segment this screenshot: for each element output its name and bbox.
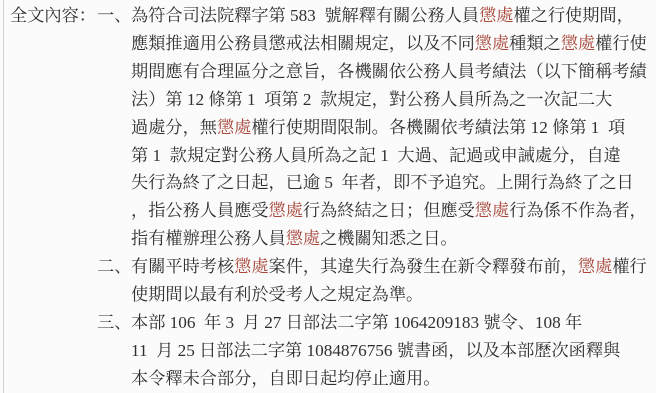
text-segment: 有關平時考核 xyxy=(131,257,234,276)
highlighted-term: 懲處 xyxy=(475,34,509,53)
numbered-list: 一、為符合司法院釋字第 583 號解釋有關公務人員懲處權之行使期間，應類推適用公… xyxy=(97,2,652,393)
text-line: 失行為終了之日起，已逾 5 年者，即不予追究。上開行為終了之日 xyxy=(131,169,652,197)
text-segment: 行為係不作為者， xyxy=(509,201,647,220)
text-line: 有關平時考核懲處案件，其違失行為發生在新令釋發布前，懲處權行 xyxy=(131,253,652,281)
highlighted-term: 懲處 xyxy=(479,6,513,25)
highlighted-term: 懲處 xyxy=(561,34,595,53)
text-segment: 失行為終了之日起，已逾 5 年者，即不予追究。上開行為終了之日 xyxy=(131,173,634,192)
text-segment: 法）第 12 條第 1 項第 2 款規定，對公務人員所為之一次記二大 xyxy=(131,90,612,109)
text-segment: 過處分，無 xyxy=(131,118,217,137)
highlighted-term: 懲處 xyxy=(286,229,320,248)
text-line: 本令釋未合部分，自即日起均停止適用。 xyxy=(131,365,652,393)
text-segment: 本令釋未合部分，自即日起均停止適用。 xyxy=(131,369,440,388)
highlighted-term: 懲處 xyxy=(475,201,509,220)
text-segment: 權行 xyxy=(612,257,646,276)
document-page: 全文內容： 一、為符合司法院釋字第 583 號解釋有關公務人員懲處權之行使期間，… xyxy=(0,0,656,393)
text-segment: 案件，其違失行為發生在新令釋發布前， xyxy=(269,257,578,276)
document-content: 全文內容： 一、為符合司法院釋字第 583 號解釋有關公務人員懲處權之行使期間，… xyxy=(0,0,656,393)
text-segment: 本部 106 年 3 月 27 日部法二字第 1064209183 號令、108… xyxy=(131,313,582,332)
text-line: 本部 106 年 3 月 27 日部法二字第 1064209183 號令、108… xyxy=(131,309,652,337)
list-item-lines: 本部 106 年 3 月 27 日部法二字第 1064209183 號令、108… xyxy=(131,309,652,393)
list-item-marker: 一、 xyxy=(97,2,131,30)
list-item: 一、為符合司法院釋字第 583 號解釋有關公務人員懲處權之行使期間，應類推適用公… xyxy=(97,2,652,253)
text-segment: 權行使 xyxy=(595,34,647,53)
text-line: 11 月 25 日部法二字第 1084876756 號書函，以及本部歷次函釋與 xyxy=(131,337,652,365)
highlighted-term: 懲處 xyxy=(578,257,612,276)
text-segment: ，指公務人員應受 xyxy=(131,201,269,220)
full-text-label: 全文內容： xyxy=(10,2,97,30)
list-item-marker: 三、 xyxy=(97,309,131,337)
highlighted-term: 懲處 xyxy=(269,201,303,220)
text-line: 第 1 款規定對公務人員所為之記 1 大過、記過或申誡處分，自違 xyxy=(131,142,652,170)
text-segment: 行為終結之日；但應受 xyxy=(303,201,475,220)
text-segment: 期間應有合理區分之意旨，各機關依公務人員考績法（以下簡稱考績 xyxy=(131,62,647,81)
text-segment: 第 1 款規定對公務人員所為之記 1 大過、記過或申誡處分，自違 xyxy=(131,146,621,165)
text-line: 應類推適用公務員懲戒法相關規定，以及不同懲處種類之懲處權行使 xyxy=(131,30,652,58)
text-segment: 11 月 25 日部法二字第 1084876756 號書函，以及本部歷次函釋與 xyxy=(131,341,620,360)
text-segment: 使期間以最有利於受考人之規定為準。 xyxy=(131,285,423,304)
text-line: 法）第 12 條第 1 項第 2 款規定，對公務人員所為之一次記二大 xyxy=(131,86,652,114)
text-line: ，指公務人員應受懲處行為終結之日；但應受懲處行為係不作為者， xyxy=(131,197,652,225)
highlighted-term: 懲處 xyxy=(217,118,251,137)
text-line: 為符合司法院釋字第 583 號解釋有關公務人員懲處權之行使期間， xyxy=(131,2,652,30)
list-item-lines: 有關平時考核懲處案件，其違失行為發生在新令釋發布前，懲處權行使期間以最有利於受考… xyxy=(131,253,652,309)
text-line: 期間應有合理區分之意旨，各機關依公務人員考績法（以下簡稱考績 xyxy=(131,58,652,86)
highlighted-term: 懲處 xyxy=(234,257,268,276)
text-line: 過處分，無懲處權行使期間限制。各機關依考績法第 12 條第 1 項 xyxy=(131,114,652,142)
text-segment: 種類之 xyxy=(509,34,561,53)
text-segment: 權行使期間限制。各機關依考績法第 12 條第 1 項 xyxy=(251,118,625,137)
text-line: 使期間以最有利於受考人之規定為準。 xyxy=(131,281,652,309)
list-item: 二、有關平時考核懲處案件，其違失行為發生在新令釋發布前，懲處權行使期間以最有利於… xyxy=(97,253,652,309)
list-item-lines: 為符合司法院釋字第 583 號解釋有關公務人員懲處權之行使期間，應類推適用公務員… xyxy=(131,2,652,253)
list-item: 三、本部 106 年 3 月 27 日部法二字第 1064209183 號令、1… xyxy=(97,309,652,393)
text-segment: 為符合司法院釋字第 583 號解釋有關公務人員 xyxy=(131,6,479,25)
text-line: 指有權辦理公務人員懲處之機關知悉之日。 xyxy=(131,225,652,253)
text-segment: 指有權辦理公務人員 xyxy=(131,229,286,248)
list-item-marker: 二、 xyxy=(97,253,131,281)
text-segment: 應類推適用公務員懲戒法相關規定，以及不同 xyxy=(131,34,475,53)
text-segment: 權之行使期間， xyxy=(513,6,633,25)
text-segment: 之機關知悉之日。 xyxy=(320,229,458,248)
